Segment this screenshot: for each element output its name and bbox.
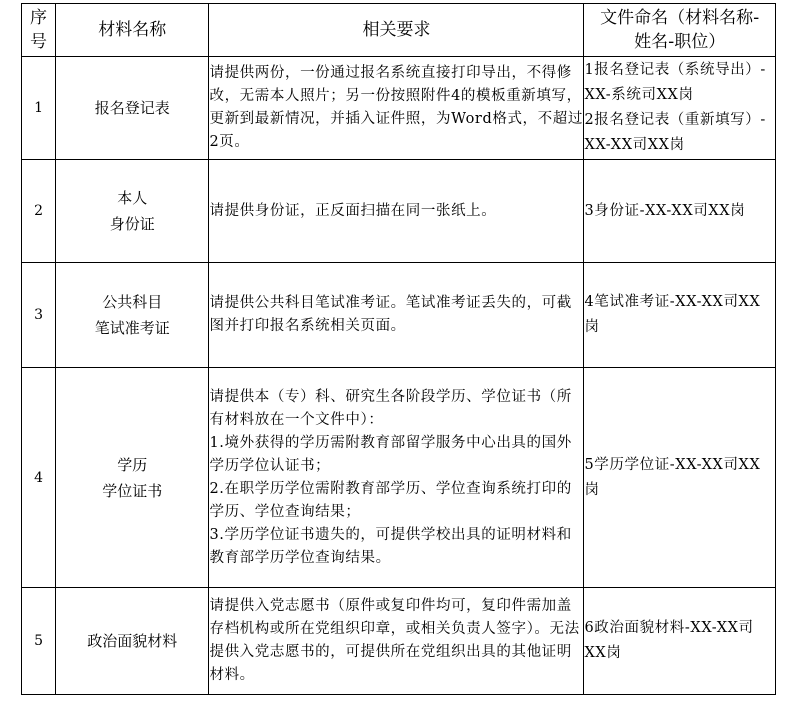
header-no-line: 号 bbox=[22, 30, 55, 54]
requirement-item-2: 2.在职学历学位需附教育部学历、学位查询系统打印的学历、学位查询结果； bbox=[209, 478, 583, 524]
table-row: 1 报名登记表 请提供两份，一份通过报名系统直接打印导出，不得修改，无需本人照片… bbox=[22, 57, 776, 160]
row-no: 2 bbox=[22, 160, 56, 263]
table-row: 2 本人 身份证 请提供身份证，正反面扫描在同一张纸上。 3身份证-XX-XX司… bbox=[22, 160, 776, 263]
row-material-name: 政治面貌材料 bbox=[56, 588, 209, 695]
file-naming-text: 6政治面貌材料-XX-XX司XX岗 bbox=[584, 616, 775, 666]
file-naming-text: 1报名登记表（系统导出）-XX-系统司XX岗 bbox=[584, 58, 775, 108]
header-requirement: 相关要求 bbox=[209, 4, 584, 57]
materials-table: 序 号 材料名称 相关要求 文件命名（材料名称- 姓名-职位） 1 报名登记表 … bbox=[21, 3, 776, 695]
material-name-line: 学位证书 bbox=[56, 478, 208, 504]
row-file-naming: 5学历学位证-XX-XX司XX岗 bbox=[584, 368, 776, 588]
row-requirement: 请提供入党志愿书（原件或复印件均可，复印件需加盖存档机构或所在党组织印章，或相关… bbox=[209, 588, 584, 695]
requirement-text: 请提供两份，一份通过报名系统直接打印导出，不得修改，无需本人照片；另一份按照附件… bbox=[209, 62, 583, 154]
file-naming-text: 2报名登记表（重新填写）-XX-XX司XX岗 bbox=[584, 108, 775, 158]
table-header-row: 序 号 材料名称 相关要求 文件命名（材料名称- 姓名-职位） bbox=[22, 4, 776, 57]
requirement-text: 请提供公共科目笔试准考证。笔试准考证丢失的，可截图并打印报名系统相关页面。 bbox=[209, 292, 583, 338]
material-name-line: 本人 bbox=[56, 185, 208, 211]
material-name-line: 公共科目 bbox=[56, 289, 208, 315]
requirement-text: 请提供身份证，正反面扫描在同一张纸上。 bbox=[209, 200, 583, 223]
header-file-naming-line: 文件命名（材料名称- bbox=[584, 6, 775, 30]
material-name-line: 身份证 bbox=[56, 211, 208, 237]
row-material-name: 报名登记表 bbox=[56, 57, 209, 160]
row-file-naming: 6政治面貌材料-XX-XX司XX岗 bbox=[584, 588, 776, 695]
table-row: 5 政治面貌材料 请提供入党志愿书（原件或复印件均可，复印件需加盖存档机构或所在… bbox=[22, 588, 776, 695]
requirement-text: 请提供入党志愿书（原件或复印件均可，复印件需加盖存档机构或所在党组织印章，或相关… bbox=[209, 595, 583, 687]
row-no: 4 bbox=[22, 368, 56, 588]
material-name-line: 笔试准考证 bbox=[56, 315, 208, 341]
file-naming-text: 5学历学位证-XX-XX司XX岗 bbox=[584, 453, 775, 503]
header-material-name: 材料名称 bbox=[56, 4, 209, 57]
row-material-name: 学历 学位证书 bbox=[56, 368, 209, 588]
material-name-line: 报名登记表 bbox=[56, 95, 208, 121]
material-name-line: 学历 bbox=[56, 452, 208, 478]
row-requirement: 请提供两份，一份通过报名系统直接打印导出，不得修改，无需本人照片；另一份按照附件… bbox=[209, 57, 584, 160]
requirement-text: 请提供本（专）科、研究生各阶段学历、学位证书（所有材料放在一个文件中）： bbox=[209, 386, 583, 432]
row-requirement: 请提供本（专）科、研究生各阶段学历、学位证书（所有材料放在一个文件中）： 1.境… bbox=[209, 368, 584, 588]
row-requirement: 请提供身份证，正反面扫描在同一张纸上。 bbox=[209, 160, 584, 263]
row-file-naming: 3身份证-XX-XX司XX岗 bbox=[584, 160, 776, 263]
row-no: 3 bbox=[22, 263, 56, 368]
header-file-naming: 文件命名（材料名称- 姓名-职位） bbox=[584, 4, 776, 57]
header-no-line: 序 bbox=[22, 6, 55, 30]
file-naming-text: 4笔试准考证-XX-XX司XX岗 bbox=[584, 290, 775, 340]
file-naming-text: 3身份证-XX-XX司XX岗 bbox=[584, 199, 775, 224]
material-name-line: 政治面貌材料 bbox=[56, 628, 208, 654]
requirement-item-1: 1.境外获得的学历需附教育部留学服务中心出具的国外学历学位认证书； bbox=[209, 432, 583, 478]
row-material-name: 公共科目 笔试准考证 bbox=[56, 263, 209, 368]
row-file-naming: 1报名登记表（系统导出）-XX-系统司XX岗 2报名登记表（重新填写）-XX-X… bbox=[584, 57, 776, 160]
row-file-naming: 4笔试准考证-XX-XX司XX岗 bbox=[584, 263, 776, 368]
row-no: 5 bbox=[22, 588, 56, 695]
row-material-name: 本人 身份证 bbox=[56, 160, 209, 263]
table-row: 4 学历 学位证书 请提供本（专）科、研究生各阶段学历、学位证书（所有材料放在一… bbox=[22, 368, 776, 588]
header-no: 序 号 bbox=[22, 4, 56, 57]
row-requirement: 请提供公共科目笔试准考证。笔试准考证丢失的，可截图并打印报名系统相关页面。 bbox=[209, 263, 584, 368]
requirement-item-3: 3.学历学位证书遗失的，可提供学校出具的证明材料和教育部学历学位查询结果。 bbox=[209, 524, 583, 570]
table-row: 3 公共科目 笔试准考证 请提供公共科目笔试准考证。笔试准考证丢失的，可截图并打… bbox=[22, 263, 776, 368]
row-no: 1 bbox=[22, 57, 56, 160]
header-file-naming-line: 姓名-职位） bbox=[584, 30, 775, 54]
